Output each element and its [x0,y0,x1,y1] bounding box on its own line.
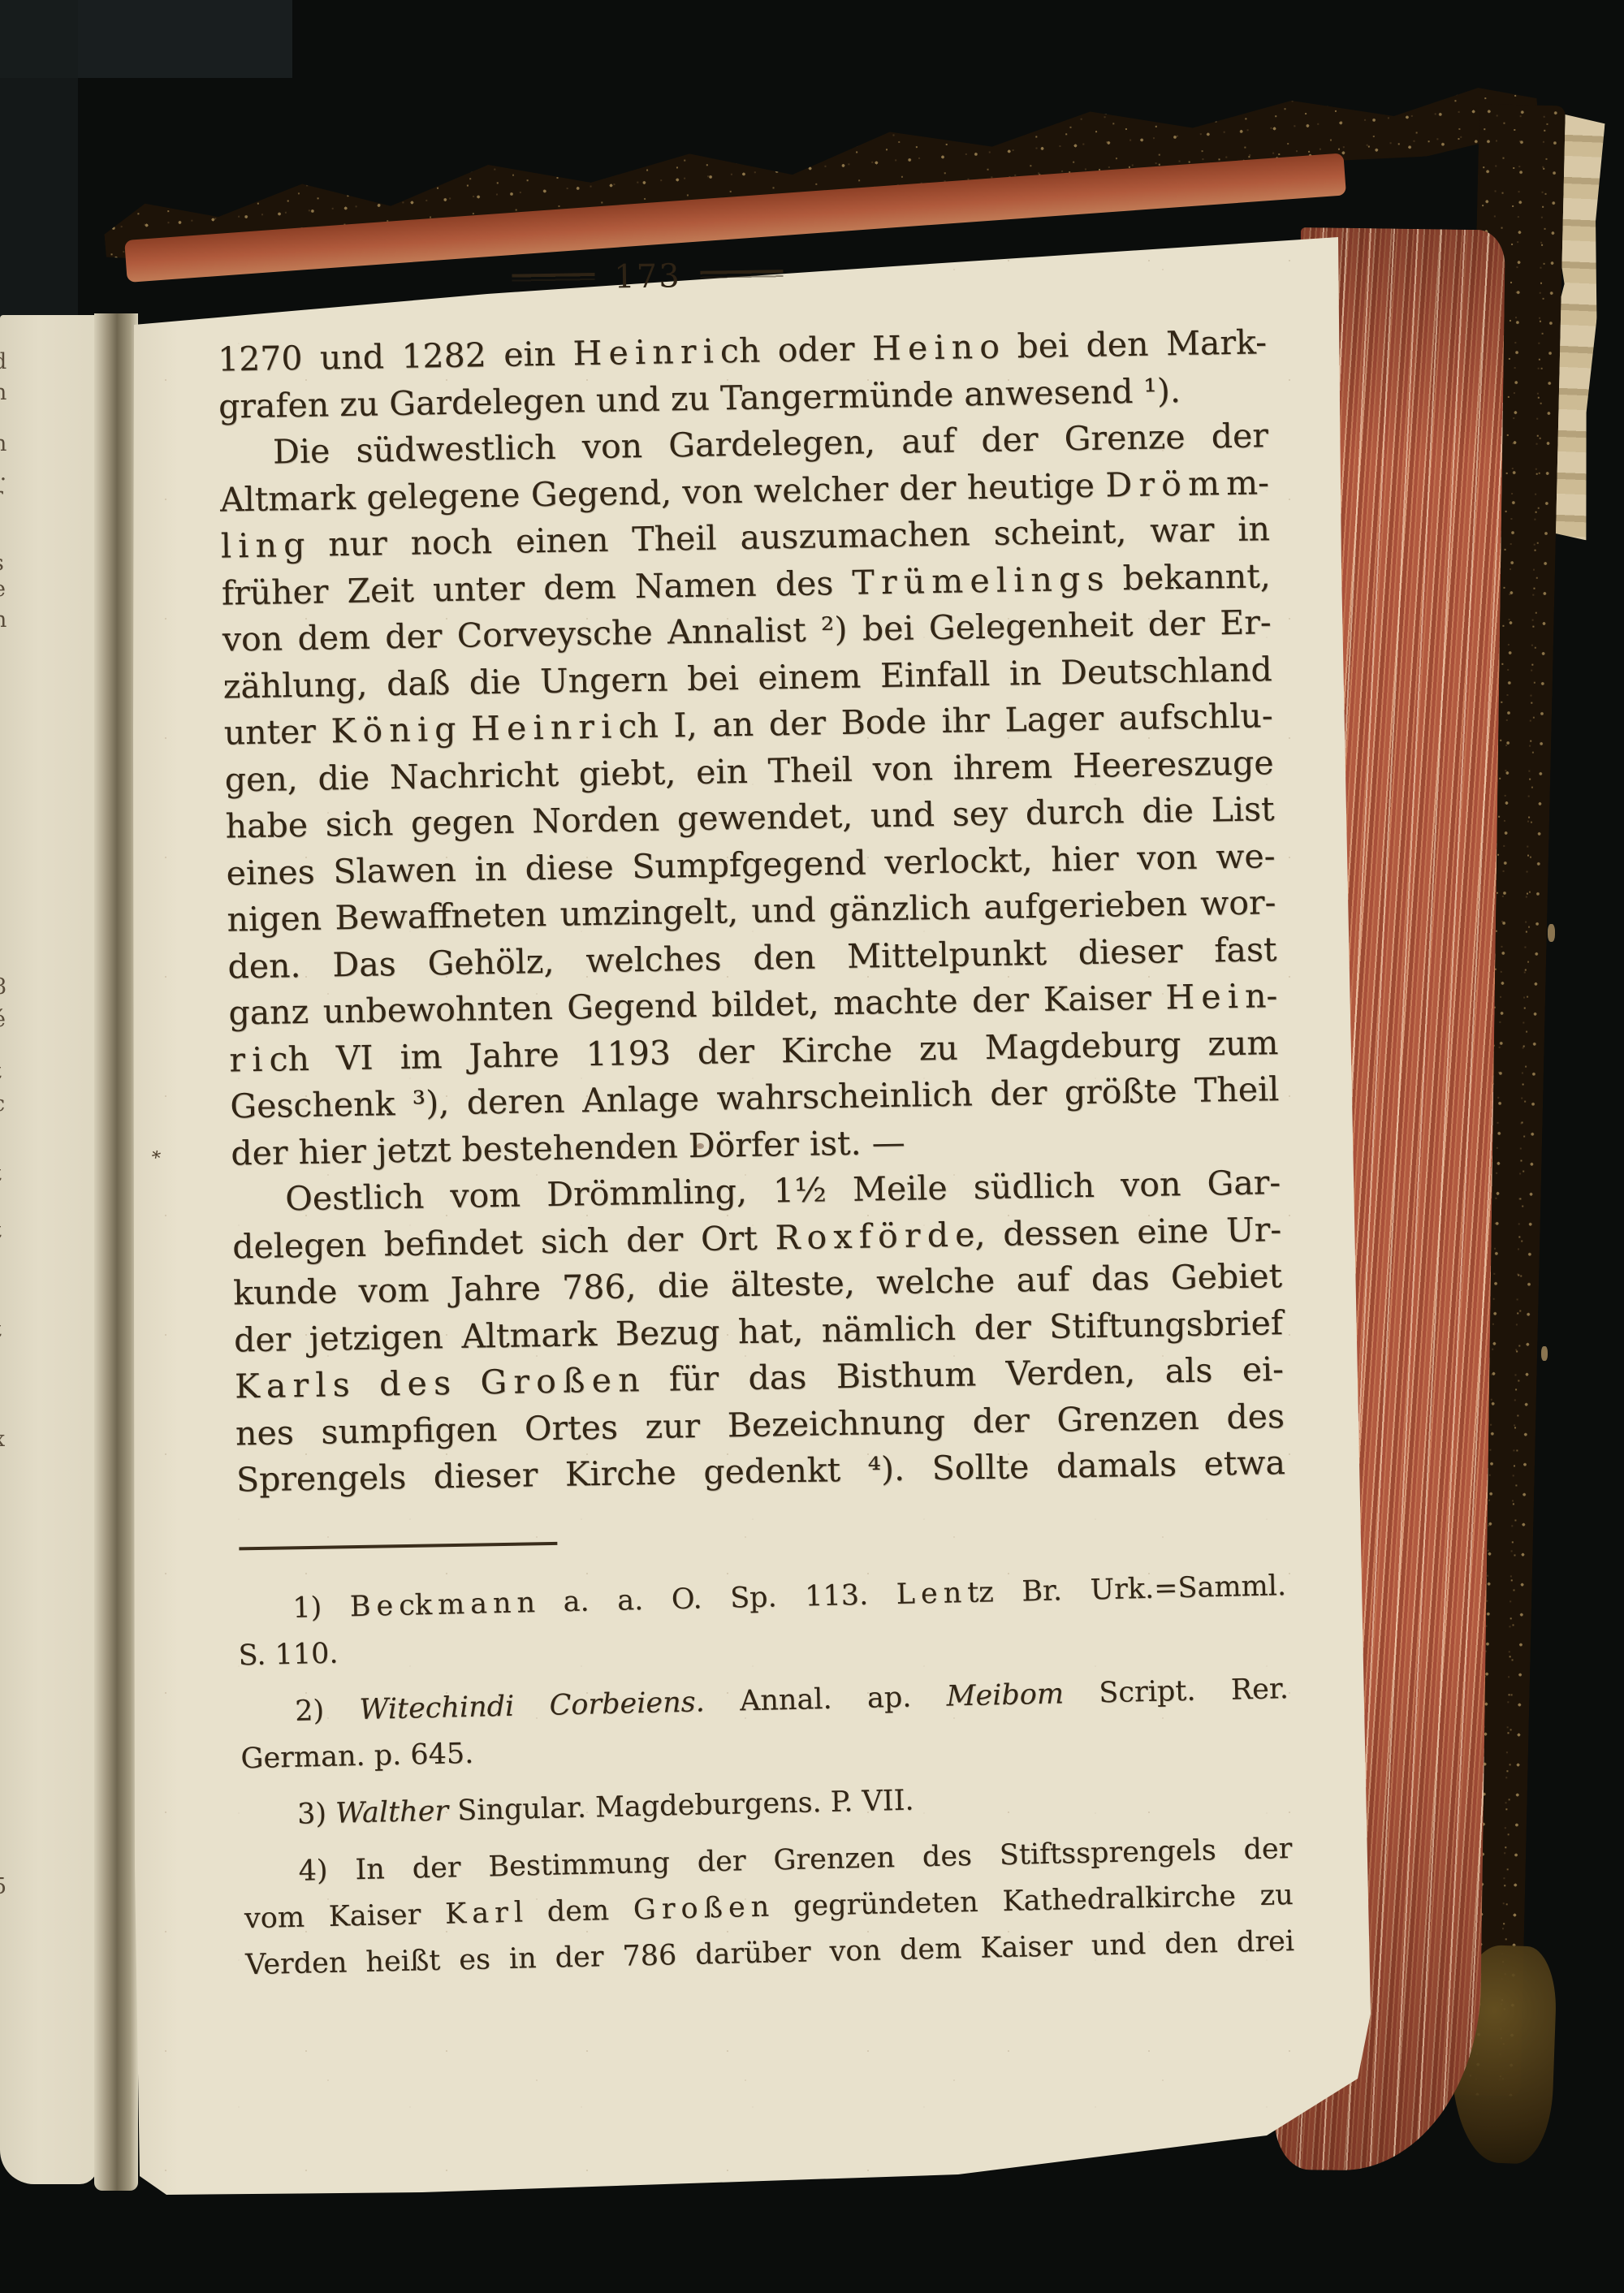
backdrop-shade [0,0,78,349]
footnote-citation: Walther [335,1795,449,1830]
edge-fragment: 8 [0,974,17,1000]
edge-fragment: l. [0,460,17,486]
footnote-text: 2) [295,1694,360,1728]
edge-fragment: x [0,1427,17,1452]
footnote-text: Annal. ap. [704,1681,947,1719]
footnote-citation: Meibom [946,1678,1064,1712]
header-rule-left [512,273,594,284]
edge-fragment: t [0,1161,17,1186]
edge-fragment: é [0,1007,17,1032]
edge-fragment: 5 [0,1874,17,1899]
edge-fragment: . [0,1957,17,1982]
footnote-line: 3) Walther Singular. Magdeburgens. P. VI… [241,1769,1291,1839]
edge-fragment: t [0,1317,17,1342]
edge-fragment: , [0,299,17,324]
edge-fragment: t [0,1059,17,1084]
edge-fragment: s [0,551,17,576]
edge-fragment: t [0,1218,17,1243]
footnote-text: 3) [297,1798,336,1831]
edge-fragment: i [0,404,17,430]
page-header: 173 [489,253,806,301]
footnote-citation: Witechindi Corbeiens. [359,1686,705,1726]
cover-fleck [1548,924,1555,942]
cover-fleck [1541,1346,1548,1361]
edge-fragment: d [0,349,17,374]
edge-fragment: e [0,576,17,602]
edge-fragment: n [0,380,17,405]
header-rule-right [701,270,784,281]
page-number: 173 [614,257,681,296]
book-gutter [94,313,138,2191]
edge-fragment: n [0,431,17,456]
edge-fragment: r [0,483,17,508]
edge-fragment: c [0,1091,17,1116]
footnotes: 1) B e ck m a n n a. a. O. Sp. 113. L e … [237,1563,1295,1989]
footnote-text: Script. Rer. [1064,1673,1289,1710]
footnote-separator [239,1542,557,1550]
edge-fragment: n [0,607,17,633]
page-text: 173 1270 und 1282 ein H e i n r i ch ode… [218,319,1295,2041]
footnote-text: Singular. Magdeburgens. P. VII. [448,1785,914,1828]
